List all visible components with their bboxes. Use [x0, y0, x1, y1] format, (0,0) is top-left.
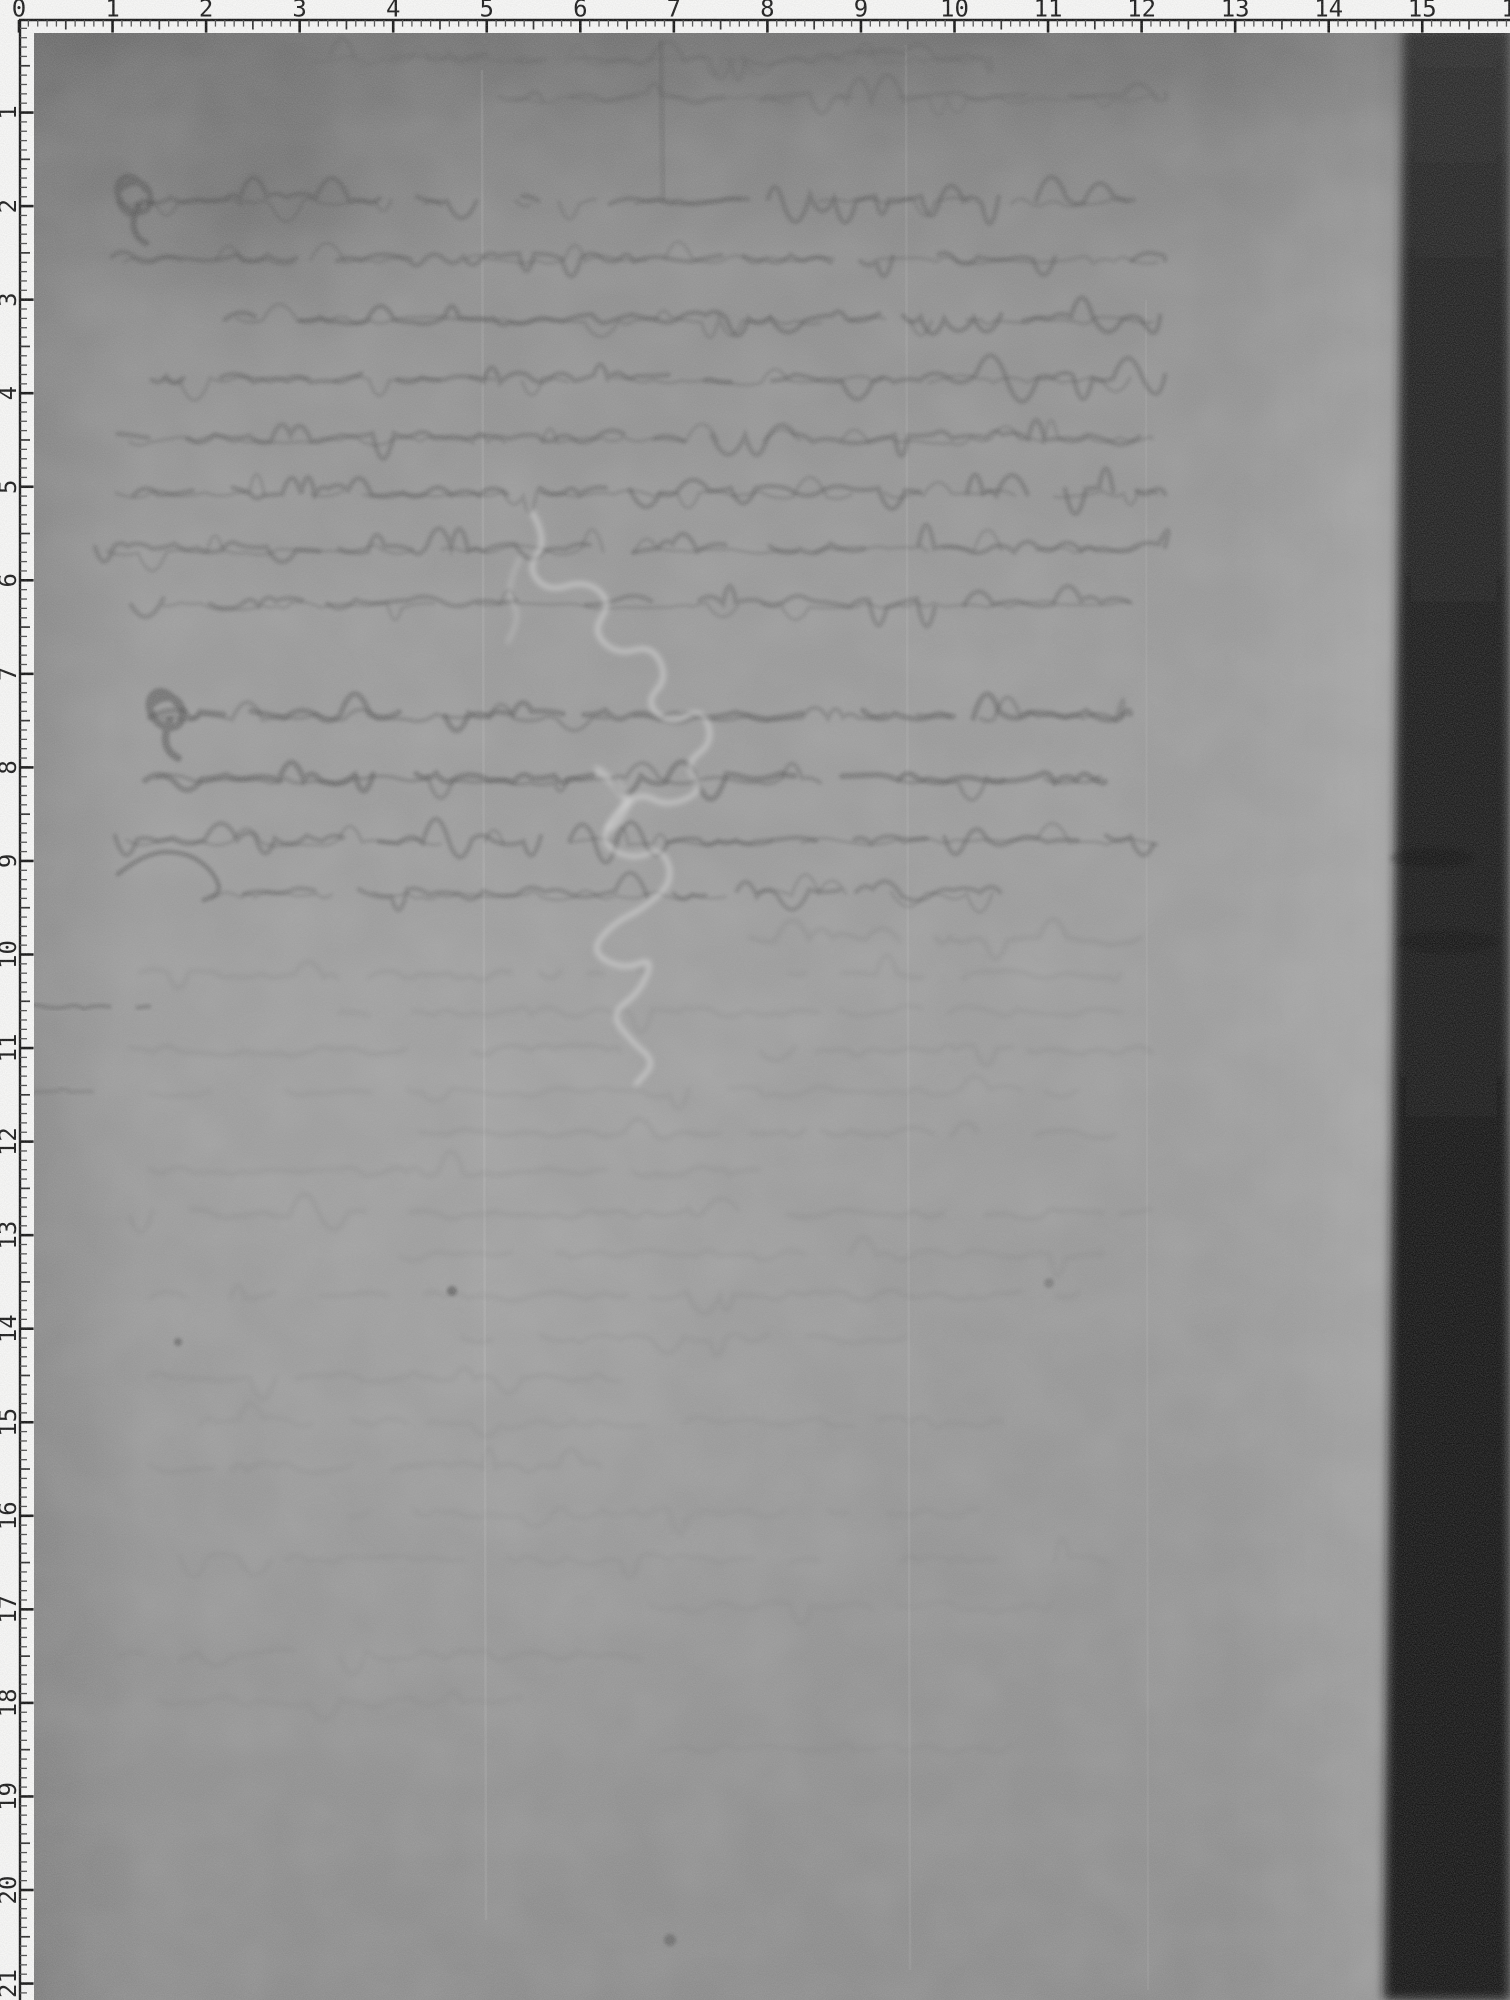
ruler-left-number: 1: [0, 105, 22, 119]
ink-spot: [664, 1934, 676, 1946]
ruler-top-number: 13: [1221, 0, 1250, 23]
ruler-left-number: 2: [0, 199, 22, 213]
ruler-top-number: 7: [667, 0, 681, 23]
ruler-top-number: 5: [480, 0, 494, 23]
ruler-top-number: 11: [1034, 0, 1063, 23]
ruler-left-number: 14: [0, 1314, 22, 1343]
ink-spot: [447, 1286, 457, 1296]
ruler-top-number: 2: [199, 0, 213, 23]
ruler-left-labels: 123456789101112131415161718192021: [0, 105, 22, 1998]
ruler-left-number: 6: [0, 573, 22, 587]
ruler-left-number: 21: [0, 1969, 22, 1998]
ink-spot: [1044, 1278, 1054, 1288]
ruler-left-number: 7: [0, 667, 22, 681]
ruler-left-number: 17: [0, 1595, 22, 1624]
band-smudge: [1398, 930, 1498, 954]
band-smudge: [1390, 848, 1474, 868]
ruler-top: 012345678910111213141516: [0, 0, 1510, 33]
ruler-left-number: 18: [0, 1688, 22, 1717]
ruler-top-number: 8: [760, 0, 774, 23]
ruler-left-number: 16: [0, 1501, 22, 1530]
ruler-top-number: 16: [1501, 0, 1510, 23]
scan-backing-dark-band: [1384, 28, 1510, 2000]
ruler-top-number: 10: [940, 0, 969, 23]
ruler-top-number: 3: [292, 0, 306, 23]
ruler-left-number: 10: [0, 940, 22, 969]
ruler-top-number: 4: [386, 0, 400, 23]
ruler-left-number: 19: [0, 1782, 22, 1811]
scan-image: 012345678910111213141516 123456789101112…: [0, 0, 1510, 2000]
ruler-left-number: 20: [0, 1876, 22, 1905]
ruler-top-number: 15: [1408, 0, 1437, 23]
ruler-left-number: 8: [0, 760, 22, 774]
manuscript-scan-viewer: 012345678910111213141516 123456789101112…: [0, 0, 1510, 2000]
ruler-left-number: 4: [0, 386, 22, 400]
ruler-left-number: 3: [0, 292, 22, 306]
ruler-left-number: 9: [0, 854, 22, 868]
ruler-top-number: 6: [573, 0, 587, 23]
ruler-left-number: 15: [0, 1408, 22, 1437]
dark-streak: [660, 40, 664, 200]
ruler-left: 123456789101112131415161718192021: [0, 19, 34, 2000]
ruler-left-number: 11: [0, 1034, 22, 1063]
ruler-top-number: 12: [1127, 0, 1156, 23]
backing-band-shape: [1384, 28, 1510, 2000]
ruler-top-number: 1: [105, 0, 119, 23]
ink-spot: [174, 1338, 182, 1346]
ruler-top-number: 14: [1314, 0, 1343, 23]
ruler-left-number: 5: [0, 480, 22, 494]
ruler-top-number: 9: [854, 0, 868, 23]
ruler-top-bar: [0, 0, 1510, 33]
ruler-left-number: 12: [0, 1127, 22, 1156]
ruler-left-number: 13: [0, 1221, 22, 1250]
